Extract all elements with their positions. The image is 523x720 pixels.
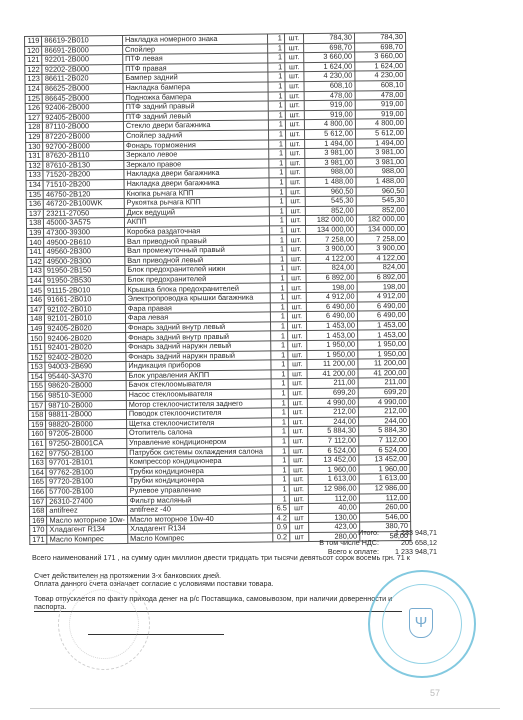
cell-price: 1 950,00 (307, 340, 358, 350)
cell-unit: шт. (287, 312, 306, 322)
cell-price: 7 112,00 (308, 436, 359, 446)
cell-sum: 1 950,00 (358, 339, 409, 349)
cell-price: 608,10 (304, 81, 355, 91)
cell-sum: 41 200,00 (358, 368, 409, 378)
cell-qty: 1 (270, 322, 287, 332)
cell-unit: шт. (285, 91, 304, 101)
cell-n: 156 (28, 391, 45, 401)
cell-n: 125 (25, 94, 42, 104)
cell-unit: шт. (286, 216, 305, 226)
cell-unit: шт. (285, 62, 304, 72)
cell-unit: шт. (289, 446, 308, 456)
cell-n: 158 (28, 410, 45, 420)
cell-qty: 1 (271, 398, 288, 408)
cell-sum: 182 000,00 (356, 215, 407, 225)
cell-unit: шт. (289, 436, 308, 446)
cell-qty: 1 (272, 475, 289, 485)
cell-sum: 4 912,00 (357, 292, 408, 302)
cell-unit: шт. (289, 475, 308, 485)
cell-qty: 1 (270, 254, 287, 264)
cell-qty: 1 (267, 43, 284, 53)
cell-n: 134 (26, 180, 43, 190)
cell-qty: 6.5 (272, 504, 289, 514)
cell-price: 41 200,00 (307, 369, 358, 379)
cell-n: 166 (29, 487, 46, 497)
cell-n: 121 (25, 55, 42, 65)
cell-price: 11 200,00 (307, 359, 358, 369)
cell-sum: 1 453,00 (357, 330, 408, 340)
cell-unit: шт. (287, 302, 306, 312)
cell-unit: шт. (285, 72, 304, 82)
cell-qty: 1 (271, 341, 288, 351)
cell-price: 212,00 (307, 407, 358, 417)
cell-sum: 211,00 (358, 378, 409, 388)
cell-qty: 1 (269, 235, 286, 245)
cell-price: 198,00 (306, 282, 357, 292)
cell-sum: 212,00 (358, 407, 409, 417)
cell-qty: 0.2 (273, 533, 290, 543)
cell-n: 150 (28, 334, 45, 344)
cell-sum: 545,30 (356, 196, 407, 206)
cell-qty: 1 (268, 139, 285, 149)
cell-sum: 4 230,00 (355, 71, 406, 81)
vat-row: В том числе НДС: 205 658,12 (300, 538, 437, 548)
cell-n: 168 (29, 506, 46, 516)
cell-qty: 1 (271, 427, 288, 437)
cell-n: 120 (25, 46, 42, 56)
vat-label: В том числе НДС: (319, 538, 379, 548)
cell-sum: 478,00 (355, 90, 406, 100)
cell-unit: шт. (285, 139, 304, 149)
cell-qty: 1 (268, 53, 285, 63)
cell-price: 3 981,00 (305, 148, 356, 158)
cell-unit: шт. (288, 369, 307, 379)
cell-n: 160 (29, 430, 46, 440)
cell-n: 142 (27, 257, 44, 267)
cell-price: 40,00 (308, 503, 359, 513)
cell-sum: 3 900,00 (357, 244, 408, 254)
cell-unit: шт. (284, 34, 303, 44)
cell-qty: 0.9 (272, 523, 289, 533)
cell-qty: 1 (272, 485, 289, 495)
cell-qty: 1 (269, 158, 286, 168)
total-label: Итого: (358, 528, 379, 538)
cell-price: 1 950,00 (307, 350, 358, 360)
items-table: 11986619-2B010Накладка номерного знака1ш… (24, 32, 411, 545)
cell-n: 138 (26, 219, 43, 229)
cell-price: 1 613,00 (308, 474, 359, 484)
cell-n: 139 (27, 228, 44, 238)
vat-value: 205 658,12 (383, 538, 437, 548)
cell-qty: 1 (270, 312, 287, 322)
cell-sum: 6 490,00 (357, 301, 408, 311)
cell-n: 151 (28, 343, 45, 353)
cell-unit: шт. (287, 283, 306, 293)
cell-sum: 198,00 (357, 282, 408, 292)
cell-sum: 3 981,00 (356, 157, 407, 167)
cell-price: 919,00 (304, 110, 355, 120)
cell-sum: 824,00 (357, 263, 408, 273)
cell-sum: 4 800,00 (355, 119, 406, 129)
cell-sum: 12 986,00 (359, 483, 410, 493)
cell-price: 852,00 (305, 206, 356, 216)
cell-price: 6 490,00 (306, 311, 357, 321)
cell-sum: 1 624,00 (355, 61, 406, 71)
cell-n: 133 (26, 171, 43, 181)
cell-n: 165 (29, 478, 46, 488)
cell-unit: шт. (287, 321, 306, 331)
cell-sum: 988,00 (356, 167, 407, 177)
cell-price: 211,00 (307, 378, 358, 388)
cell-unit: шт. (286, 177, 305, 187)
cell-unit: шт. (289, 494, 308, 504)
cell-qty: 1 (272, 437, 289, 447)
cell-price: 6 524,00 (308, 446, 359, 456)
cell-qty: 1 (268, 82, 285, 92)
cell-qty: 1 (272, 456, 289, 466)
cell-n: 167 (29, 497, 46, 507)
cell-unit: шт. (288, 350, 307, 360)
cell-price: 112,00 (308, 494, 359, 504)
cell-unit: шт. (288, 379, 307, 389)
cell-price: 4 912,00 (306, 292, 357, 302)
cell-qty: 1 (268, 111, 285, 121)
cell-n: 157 (28, 401, 45, 411)
cell-n: 131 (26, 151, 43, 161)
cell-n: 127 (25, 113, 42, 123)
cell-unit: шт. (286, 149, 305, 159)
coat-of-arms-icon: Ψ (409, 608, 433, 638)
cell-n: 147 (27, 305, 44, 315)
cell-price: 1 453,00 (306, 330, 357, 340)
cell-unit: шт. (287, 245, 306, 255)
cell-unit: шт. (285, 110, 304, 120)
cell-price: 130,00 (308, 513, 359, 523)
cell-sum: 11 200,00 (358, 359, 409, 369)
cell-sum: 244,00 (358, 416, 409, 426)
cell-n: 154 (28, 372, 45, 382)
cell-price: 5 884,30 (307, 426, 358, 436)
cell-n: 164 (29, 468, 46, 478)
cell-unit: шт. (286, 197, 305, 207)
cell-n: 123 (25, 75, 42, 85)
cell-price: 699,20 (307, 388, 358, 398)
cell-qty: 1 (270, 302, 287, 312)
cell-sum: 3 981,00 (356, 148, 407, 158)
cell-price: 784,30 (303, 33, 354, 43)
cell-sum: 960,50 (356, 186, 407, 196)
cell-n: 137 (26, 209, 43, 219)
cell-n: 152 (28, 353, 45, 363)
scan-edge-line (30, 708, 500, 709)
cell-code: Масло моторное 10w- (47, 515, 128, 525)
cell-unit: шт (289, 513, 308, 523)
cell-n: 171 (30, 535, 47, 545)
cell-price: 182 000,00 (305, 215, 356, 225)
cell-unit: шт. (287, 273, 306, 283)
cell-price: 3 900,00 (306, 244, 357, 254)
page-mark: 57 (430, 688, 440, 698)
cell-qty: 1 (271, 350, 288, 360)
cell-price: 698,70 (303, 43, 354, 53)
cell-sum: 1 453,00 (357, 320, 408, 330)
cell-qty: 1 (270, 283, 287, 293)
cell-qty: 1 (268, 120, 285, 130)
cell-sum: 6 892,00 (357, 272, 408, 282)
invoice-page: 11986619-2B010Накладка номерного знака1ш… (0, 0, 523, 720)
faded-stamp (58, 578, 150, 670)
cell-name: Масло Компрес (128, 533, 273, 544)
cell-price: 4 990,00 (307, 398, 358, 408)
cell-unit: шт. (285, 53, 304, 63)
cell-price: 1 453,00 (306, 321, 357, 331)
cell-qty: 1 (269, 197, 286, 207)
cell-qty: 1 (272, 494, 289, 504)
cell-price: 919,00 (304, 100, 355, 110)
cell-price: 1 494,00 (304, 139, 355, 149)
cell-unit: шт. (289, 456, 308, 466)
cell-unit: шт. (288, 360, 307, 370)
cell-qty: 1 (270, 264, 287, 274)
cell-unit: шт. (284, 43, 303, 53)
cell-unit: шт. (289, 484, 308, 494)
cell-sum: 1 950,00 (358, 349, 409, 359)
cell-sum: 7 258,00 (356, 234, 407, 244)
cell-qty: 1 (271, 360, 288, 370)
cell-qty: 1 (271, 418, 288, 428)
cell-price: 6 490,00 (306, 302, 357, 312)
official-stamp: Ψ (368, 570, 476, 678)
cell-unit: шт. (287, 331, 306, 341)
cell-price: 1 624,00 (304, 62, 355, 72)
cell-qty: 1 (268, 101, 285, 111)
cell-n: 144 (27, 276, 44, 286)
cell-price: 4 230,00 (304, 71, 355, 81)
cell-sum: 698,70 (354, 42, 405, 52)
cell-sum: 784,30 (354, 33, 405, 43)
cell-unit: шт. (286, 158, 305, 168)
cell-price: 4 800,00 (304, 119, 355, 129)
cell-qty: 1 (272, 465, 289, 475)
cell-sum: 4 990,00 (358, 397, 409, 407)
cell-unit: шт. (288, 398, 307, 408)
cell-n: 162 (29, 449, 46, 459)
cell-sum: 1 488,00 (356, 176, 407, 186)
cell-price: 6 892,00 (306, 273, 357, 283)
cell-n: 136 (26, 199, 43, 209)
cell-n: 141 (27, 247, 44, 257)
cell-unit: шт. (286, 225, 305, 235)
cell-n: 143 (27, 267, 44, 277)
cell-price: 1 488,00 (305, 177, 356, 187)
cell-n: 132 (26, 161, 43, 171)
cell-price: 824,00 (306, 263, 357, 273)
cell-qty: 1 (269, 187, 286, 197)
cell-sum: 13 452,00 (359, 455, 410, 465)
total-value: 1 233 948,71 (383, 528, 437, 538)
cell-price: 4 122,00 (306, 254, 357, 264)
cell-n: 140 (27, 238, 44, 248)
cell-n: 122 (25, 65, 42, 75)
cell-unit: шт. (287, 254, 306, 264)
cell-sum: 1 494,00 (355, 138, 406, 148)
cell-unit: шт. (285, 130, 304, 140)
cell-sum: 6 490,00 (357, 311, 408, 321)
cell-price: 13 452,00 (308, 455, 359, 465)
cell-sum: 7 112,00 (359, 435, 410, 445)
cell-sum: 5 612,00 (355, 128, 406, 138)
cell-qty: 1 (268, 63, 285, 73)
cell-qty: 1 (269, 226, 286, 236)
cell-sum: 260,00 (359, 503, 410, 513)
cell-sum: 608,10 (355, 80, 406, 90)
cell-price: 3 981,00 (305, 158, 356, 168)
cell-unit: шт. (286, 168, 305, 178)
cell-unit: шт. (288, 427, 307, 437)
cell-price: 3 660,00 (304, 52, 355, 62)
cell-n: 153 (28, 362, 45, 372)
cell-unit: шт. (285, 101, 304, 111)
cell-qty: 1 (271, 389, 288, 399)
total-row: Итого: 1 233 948,71 (300, 528, 437, 538)
cell-n: 126 (25, 103, 42, 113)
amount-in-words: Всего наименований 171 , на сумму один м… (32, 553, 410, 562)
cell-n: 155 (28, 382, 45, 392)
cell-sum: 1 960,00 (359, 464, 410, 474)
cell-qty: 1 (270, 245, 287, 255)
cell-n: 161 (29, 439, 46, 449)
cell-qty: 1 (268, 130, 285, 140)
cell-price: 12 986,00 (308, 484, 359, 494)
cell-qty: 1 (271, 370, 288, 380)
cell-qty: 1 (269, 206, 286, 216)
cell-sum: 919,00 (355, 100, 406, 110)
cell-unit: шт. (285, 82, 304, 92)
cell-sum: 4 122,00 (357, 253, 408, 263)
cell-n: 129 (26, 132, 43, 142)
cell-n: 163 (29, 458, 46, 468)
cell-price: 478,00 (304, 91, 355, 101)
cell-price: 1 960,00 (308, 465, 359, 475)
cell-unit: шт. (288, 417, 307, 427)
cell-qty: 4.2 (272, 513, 289, 523)
cell-sum: 1 613,00 (359, 474, 410, 484)
cell-sum: 919,00 (355, 109, 406, 119)
cell-n: 119 (25, 36, 42, 46)
cell-unit: шт (289, 504, 308, 514)
cell-n: 148 (27, 315, 44, 325)
cell-sum: 112,00 (359, 493, 410, 503)
cell-unit: шт. (285, 120, 304, 130)
cell-price: 5 612,00 (304, 129, 355, 139)
cell-unit: шт. (286, 187, 305, 197)
cell-unit: шт. (286, 235, 305, 245)
cell-n: 159 (29, 420, 46, 430)
cell-unit: шт. (287, 293, 306, 303)
cell-unit: шт. (287, 264, 306, 274)
cell-qty: 1 (269, 168, 286, 178)
cell-n: 135 (26, 190, 43, 200)
cell-qty: 1 (270, 293, 287, 303)
cell-unit: шт. (289, 465, 308, 475)
cell-n: 170 (30, 526, 47, 536)
cell-price: 244,00 (307, 417, 358, 427)
cell-n: 169 (30, 516, 47, 526)
cell-n: 146 (27, 295, 44, 305)
cell-qty: 1 (270, 331, 287, 341)
cell-sum: 546,00 (359, 512, 410, 522)
cell-qty: 1 (268, 72, 285, 82)
cell-n: 130 (26, 142, 43, 152)
cell-n: 124 (25, 84, 42, 94)
cell-qty: 1 (269, 216, 286, 226)
cell-sum: 5 884,30 (358, 426, 409, 436)
cell-sum: 134 000,00 (356, 224, 407, 234)
cell-n: 128 (25, 123, 42, 133)
cell-qty: 1 (270, 274, 287, 284)
cell-unit: шт. (288, 389, 307, 399)
cell-sum: 852,00 (356, 205, 407, 215)
cell-price: 134 000,00 (305, 225, 356, 235)
cell-unit: шт. (286, 206, 305, 216)
cell-price: 7 258,00 (305, 234, 356, 244)
cell-qty: 1 (269, 149, 286, 159)
cell-price: 545,30 (305, 196, 356, 206)
cell-qty: 1 (269, 178, 286, 188)
cell-n: 145 (27, 286, 44, 296)
cell-price: 960,50 (305, 187, 356, 197)
cell-qty: 1 (271, 379, 288, 389)
cell-unit: шт. (288, 408, 307, 418)
cell-sum: 3 660,00 (355, 52, 406, 62)
cell-sum: 6 524,00 (359, 445, 410, 455)
cell-sum: 699,20 (358, 387, 409, 397)
cell-n: 149 (28, 324, 45, 334)
cell-price: 988,00 (305, 167, 356, 177)
cell-qty: 1 (272, 446, 289, 456)
cell-qty: 1 (271, 408, 288, 418)
cell-unit: шт. (288, 341, 307, 351)
cell-qty: 1 (268, 91, 285, 101)
cell-qty: 1 (267, 34, 284, 44)
faded-stamp-ring (69, 589, 139, 659)
cell-code: Масло Компрес (47, 534, 128, 544)
